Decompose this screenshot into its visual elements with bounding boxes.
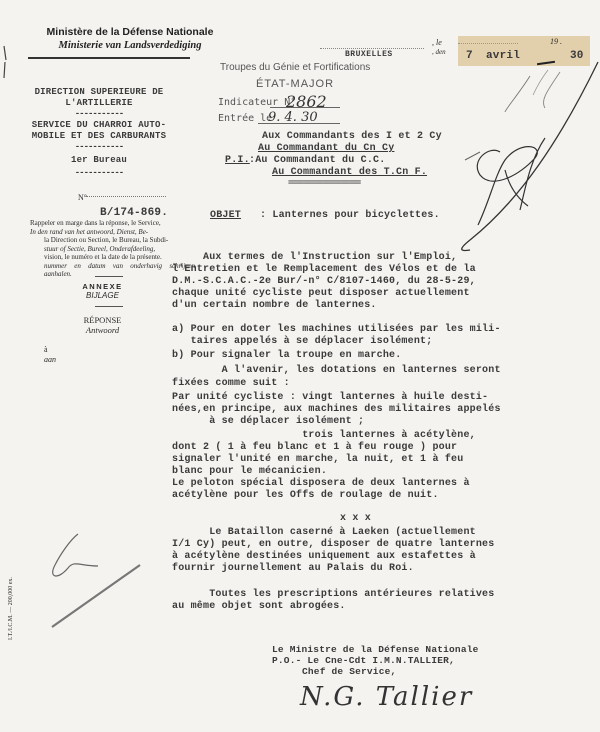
body-line: blanc pour le mécanicien.	[172, 466, 327, 477]
stamp-unit: Troupes du Génie et Fortifications	[220, 62, 370, 73]
subject-label: OBJET	[210, 210, 241, 221]
stamp-entry-value: 9. 4. 30	[268, 110, 318, 125]
body-line: d'un certain nombre de lanternes.	[172, 300, 377, 311]
body-line: fournir journellement au Palais du Roi.	[172, 563, 414, 574]
body-line: Par unité cycliste : vingt lanternes à h…	[172, 392, 488, 403]
margin-mark	[4, 46, 6, 78]
separator-dashes: -----------	[4, 168, 194, 178]
year-prefix: 19 .	[550, 37, 562, 46]
city-line	[320, 48, 424, 49]
letterhead-rule	[28, 57, 190, 59]
closing-line-3: Chef de Service,	[302, 666, 396, 677]
subject-text: : Lanternes pour bicyclettes.	[260, 210, 440, 221]
margin-slash	[52, 565, 140, 627]
body-line: trois lanternes à acétylène,	[172, 430, 476, 441]
pen-stroke	[543, 72, 560, 108]
list-item-b: b) Pour signaler la troupe en marche.	[172, 350, 401, 361]
recall-instructions: Rappeler en marge dans la réponse, le Se…	[30, 219, 195, 279]
date-prefix-fr: , le	[432, 38, 442, 47]
stamp-indicator-value: 2862	[286, 92, 327, 111]
body-line: à se déplacer isolément ;	[172, 416, 364, 427]
recall-line-fr: la Direction ou Section, le Bureau, la S…	[30, 236, 195, 245]
reponse-label-nl: Antwoord	[60, 325, 145, 335]
body-line: nées,en principe, aux machines des milit…	[172, 404, 501, 415]
signature: N.G. Tallier	[300, 682, 473, 712]
reponse-label-fr: RÉPONSE	[60, 315, 145, 325]
body-line: l'Entretien et le Remplacement des Vélos…	[172, 264, 476, 275]
pen-stroke	[505, 76, 530, 112]
annexe-label-nl: BIJLAGE	[60, 291, 145, 300]
list-item-a: a) Pour en doter les machines utilisées …	[172, 324, 501, 335]
recipient-line-2: Au Commandant du Cn Cy	[258, 143, 394, 154]
recipient-line-1: Aux Commandants des I et 2 Cy	[262, 131, 442, 142]
date-line	[458, 43, 518, 44]
pen-stroke	[462, 62, 598, 251]
addressee-label-fr: à	[44, 345, 48, 354]
stamp-title: ÉTAT-MAJOR	[256, 78, 334, 90]
reference-number: B/174-869.	[100, 207, 168, 219]
body-line: Le Bataillon caserné à Laeken (actuellem…	[172, 527, 476, 538]
date-month: avril	[486, 50, 520, 62]
date-prefix-nl: , den	[432, 48, 446, 56]
body-line: signaler l'unité en marche, la nuit, et …	[172, 454, 463, 465]
city: BRUXELLES	[345, 50, 393, 59]
margin-flourish	[53, 534, 98, 576]
direction-line-1: DIRECTION SUPERIEURE DE	[4, 87, 194, 97]
annexe-label-fr: ANNEXE	[60, 282, 145, 291]
closing-line-1: Le Ministre de la Défense Nationale	[272, 644, 479, 655]
direction-line-2: L'ARTILLERIE	[4, 98, 194, 108]
body-line: fixées comme suit :	[172, 378, 290, 389]
service-line-2: MOBILE ET DES CARBURANTS	[4, 131, 194, 141]
printer-mark: I.T./I.C.M. — 200,000 ex.	[8, 577, 14, 640]
recall-line-nl: In den rand van het antwoord, Dienst, Be…	[30, 228, 195, 237]
body-line: dont 2 ( 1 à feu blanc et 1 à feu rouge …	[172, 442, 457, 453]
closing-line-2: P.O.- Le Cne-Cdt I.M.N.TALLIER,	[272, 655, 455, 666]
separator-dashes: -----------	[4, 109, 194, 119]
divider	[95, 276, 123, 277]
body-line: Le peloton spécial disposera de deux lan…	[172, 478, 470, 489]
divider	[95, 306, 123, 307]
body-line: D.M.-S.C.A.C.-2e Bur/-n° C/8107-1460, du…	[172, 276, 476, 287]
body-line: A l'avenir, les dotations en lanternes s…	[172, 365, 501, 376]
body-line: acétylène pour les Offs de roulage de nu…	[172, 490, 439, 501]
ministry-name-nl: Ministerie van Landsverdediging	[30, 40, 230, 51]
date-pen-mark	[533, 70, 548, 95]
recipient-rule: ===================	[288, 179, 360, 188]
section-separator: x x x	[340, 513, 371, 524]
recipient-pi-label: P.I.	[225, 155, 250, 166]
service-line-1: SERVICE DU CHARROI AUTO-	[4, 120, 194, 130]
reference-number-line	[86, 196, 166, 197]
separator-dashes: -----------	[4, 142, 194, 152]
recall-line-nl: stuur of Sectie, Bureel, Onderafdeeling,	[30, 245, 195, 254]
body-line: à acétylène destinées uniquement aux est…	[172, 551, 476, 562]
bureau-label: 1er Bureau	[4, 155, 194, 165]
ministry-name-fr: Ministère de la Défense Nationale	[30, 26, 230, 38]
reference-number-label: N°	[78, 193, 87, 202]
body-line: Toutes les prescriptions antérieures rel…	[172, 589, 494, 600]
date-day: 7	[466, 50, 473, 62]
body-line: au même objet sont abrogées.	[172, 601, 346, 612]
recall-line-fr: vision, le numéro et la date de la prése…	[30, 253, 195, 262]
list-item-a-cont: taires appelés à se déplacer isolément;	[172, 336, 432, 347]
initials-scrawl	[477, 138, 545, 225]
body-line: I/1 Cy) peut, en outre, disposer de quat…	[172, 539, 494, 550]
recipient-line-3: :Au Commandant du C.C.	[249, 155, 385, 166]
body-line: chaque unité cycliste peut disposer actu…	[172, 288, 470, 299]
recipient-line-4: Au Commandant des T.Cn F.	[272, 167, 427, 178]
body-line: Aux termes de l'Instruction sur l'Emploi…	[172, 252, 457, 263]
scribble	[465, 152, 480, 160]
date-year: 30	[570, 50, 584, 62]
addressee-label-nl: aan	[44, 355, 56, 364]
recall-line-fr: Rappeler en marge dans la réponse, le Se…	[30, 219, 195, 228]
